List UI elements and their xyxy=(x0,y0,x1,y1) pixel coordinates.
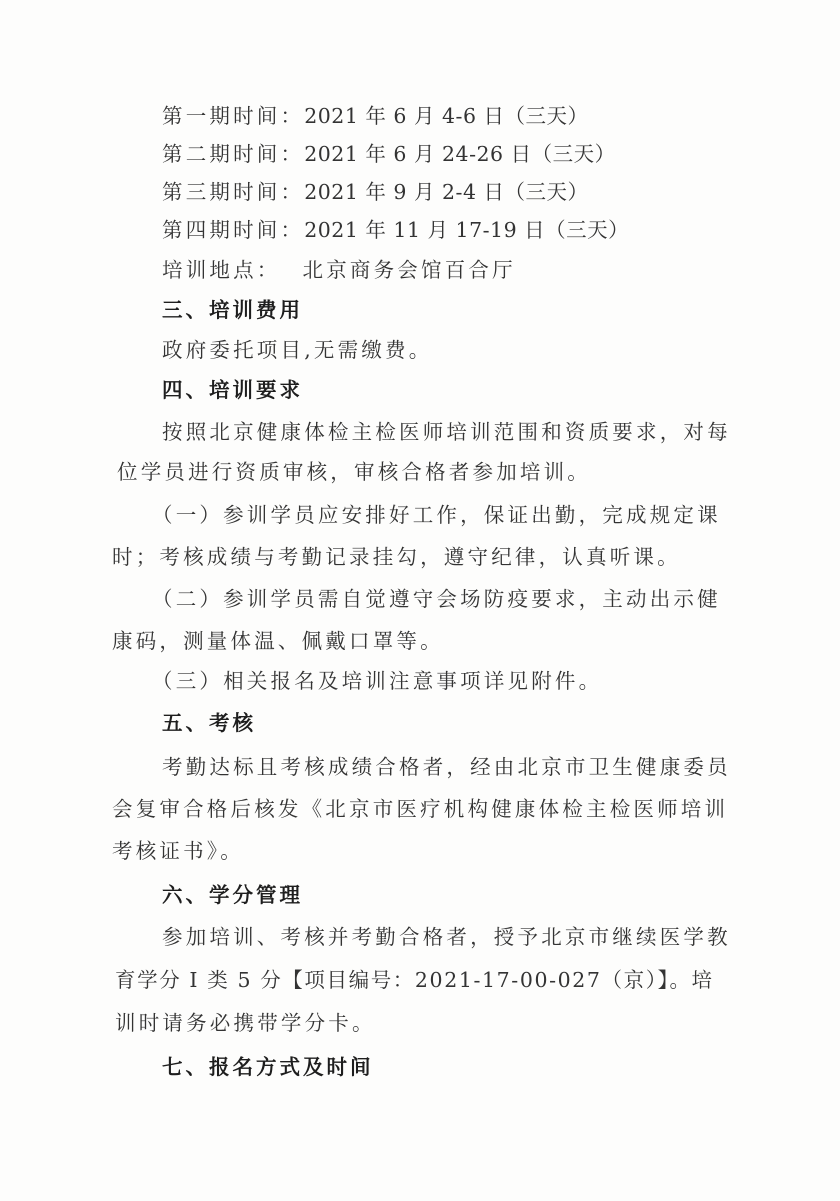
schedule-period-3: 第三期时间：2021 年 9 月 2-4 日（三天） xyxy=(162,178,589,206)
schedule-value: 2021 年 9 月 2-4 日（三天） xyxy=(304,180,588,204)
section-4-intro-line-1: 按照北京健康体检主检医师培训范围和资质要求，对每 xyxy=(162,418,731,446)
schedule-value: 2021 年 11 月 17-19 日（三天） xyxy=(304,218,629,242)
schedule-label: 第二期时间： xyxy=(162,142,304,166)
section-6-line-3: 训时请务必携带学分卡。 xyxy=(115,1009,376,1037)
section-6-heading: 六、学分管理 xyxy=(162,881,303,909)
schedule-label: 第四期时间： xyxy=(162,218,304,242)
section-4-item-2-line-1: （二）参训学员需自觉遵守会场防疫要求，主动出示健 xyxy=(152,585,721,613)
schedule-label: 第一期时间： xyxy=(162,104,304,128)
section-4-item-1-line-2: 时；考核成绩与考勤记录挂勾，遵守纪律，认真听课。 xyxy=(112,543,681,571)
section-4-intro-line-2: 位学员进行资质审核，审核合格者参加培训。 xyxy=(117,458,591,486)
schedule-value: 2021 年 6 月 24-26 日（三天） xyxy=(304,142,615,166)
section-5-heading: 五、考核 xyxy=(162,709,256,737)
section-5-line-2: 会复审合格后核发《北京市医疗机构健康体检主检医师培训 xyxy=(112,795,728,823)
schedule-period-2: 第二期时间：2021 年 6 月 24-26 日（三天） xyxy=(162,140,616,168)
schedule-period-4: 第四期时间：2021 年 11 月 17-19 日（三天） xyxy=(162,216,629,244)
section-6-line-1: 参加培训、考核并考勤合格者，授予北京市继续医学教 xyxy=(162,923,731,951)
document-page: 第一期时间：2021 年 6 月 4-6 日（三天） 第二期时间：2021 年 … xyxy=(0,0,840,1201)
section-5-line-3: 考核证书》。 xyxy=(112,837,244,865)
section-6-line-2: 育学分 I 类 5 分【项目编号：2021-17-00-027（京）】。培 xyxy=(115,966,714,994)
location-label: 培训地点： xyxy=(162,258,281,282)
schedule-label: 第三期时间： xyxy=(162,180,304,204)
section-3-heading: 三、培训费用 xyxy=(162,296,303,324)
section-5-line-1: 考勤达标且考核成绩合格者，经由北京市卫生健康委员 xyxy=(162,753,731,781)
section-4-item-1-line-1: （一）参训学员应安排好工作，保证出勤，完成规定课 xyxy=(152,501,721,529)
section-4-item-2-line-2: 康码，测量体温、佩戴口罩等。 xyxy=(112,627,444,655)
section-7-heading: 七、报名方式及时间 xyxy=(162,1053,374,1081)
section-4-heading: 四、培训要求 xyxy=(162,376,303,404)
schedule-period-1: 第一期时间：2021 年 6 月 4-6 日（三天） xyxy=(162,102,589,130)
section-4-item-3-line-1: （三）相关报名及培训注意事项详见附件。 xyxy=(152,667,602,695)
schedule-value: 2021 年 6 月 4-6 日（三天） xyxy=(304,104,588,128)
section-3-body: 政府委托项目,无需缴费。 xyxy=(162,336,432,364)
location-value: 北京商务会馆百合厅 xyxy=(303,258,516,282)
training-location: 培训地点：北京商务会馆百合厅 xyxy=(162,256,516,284)
